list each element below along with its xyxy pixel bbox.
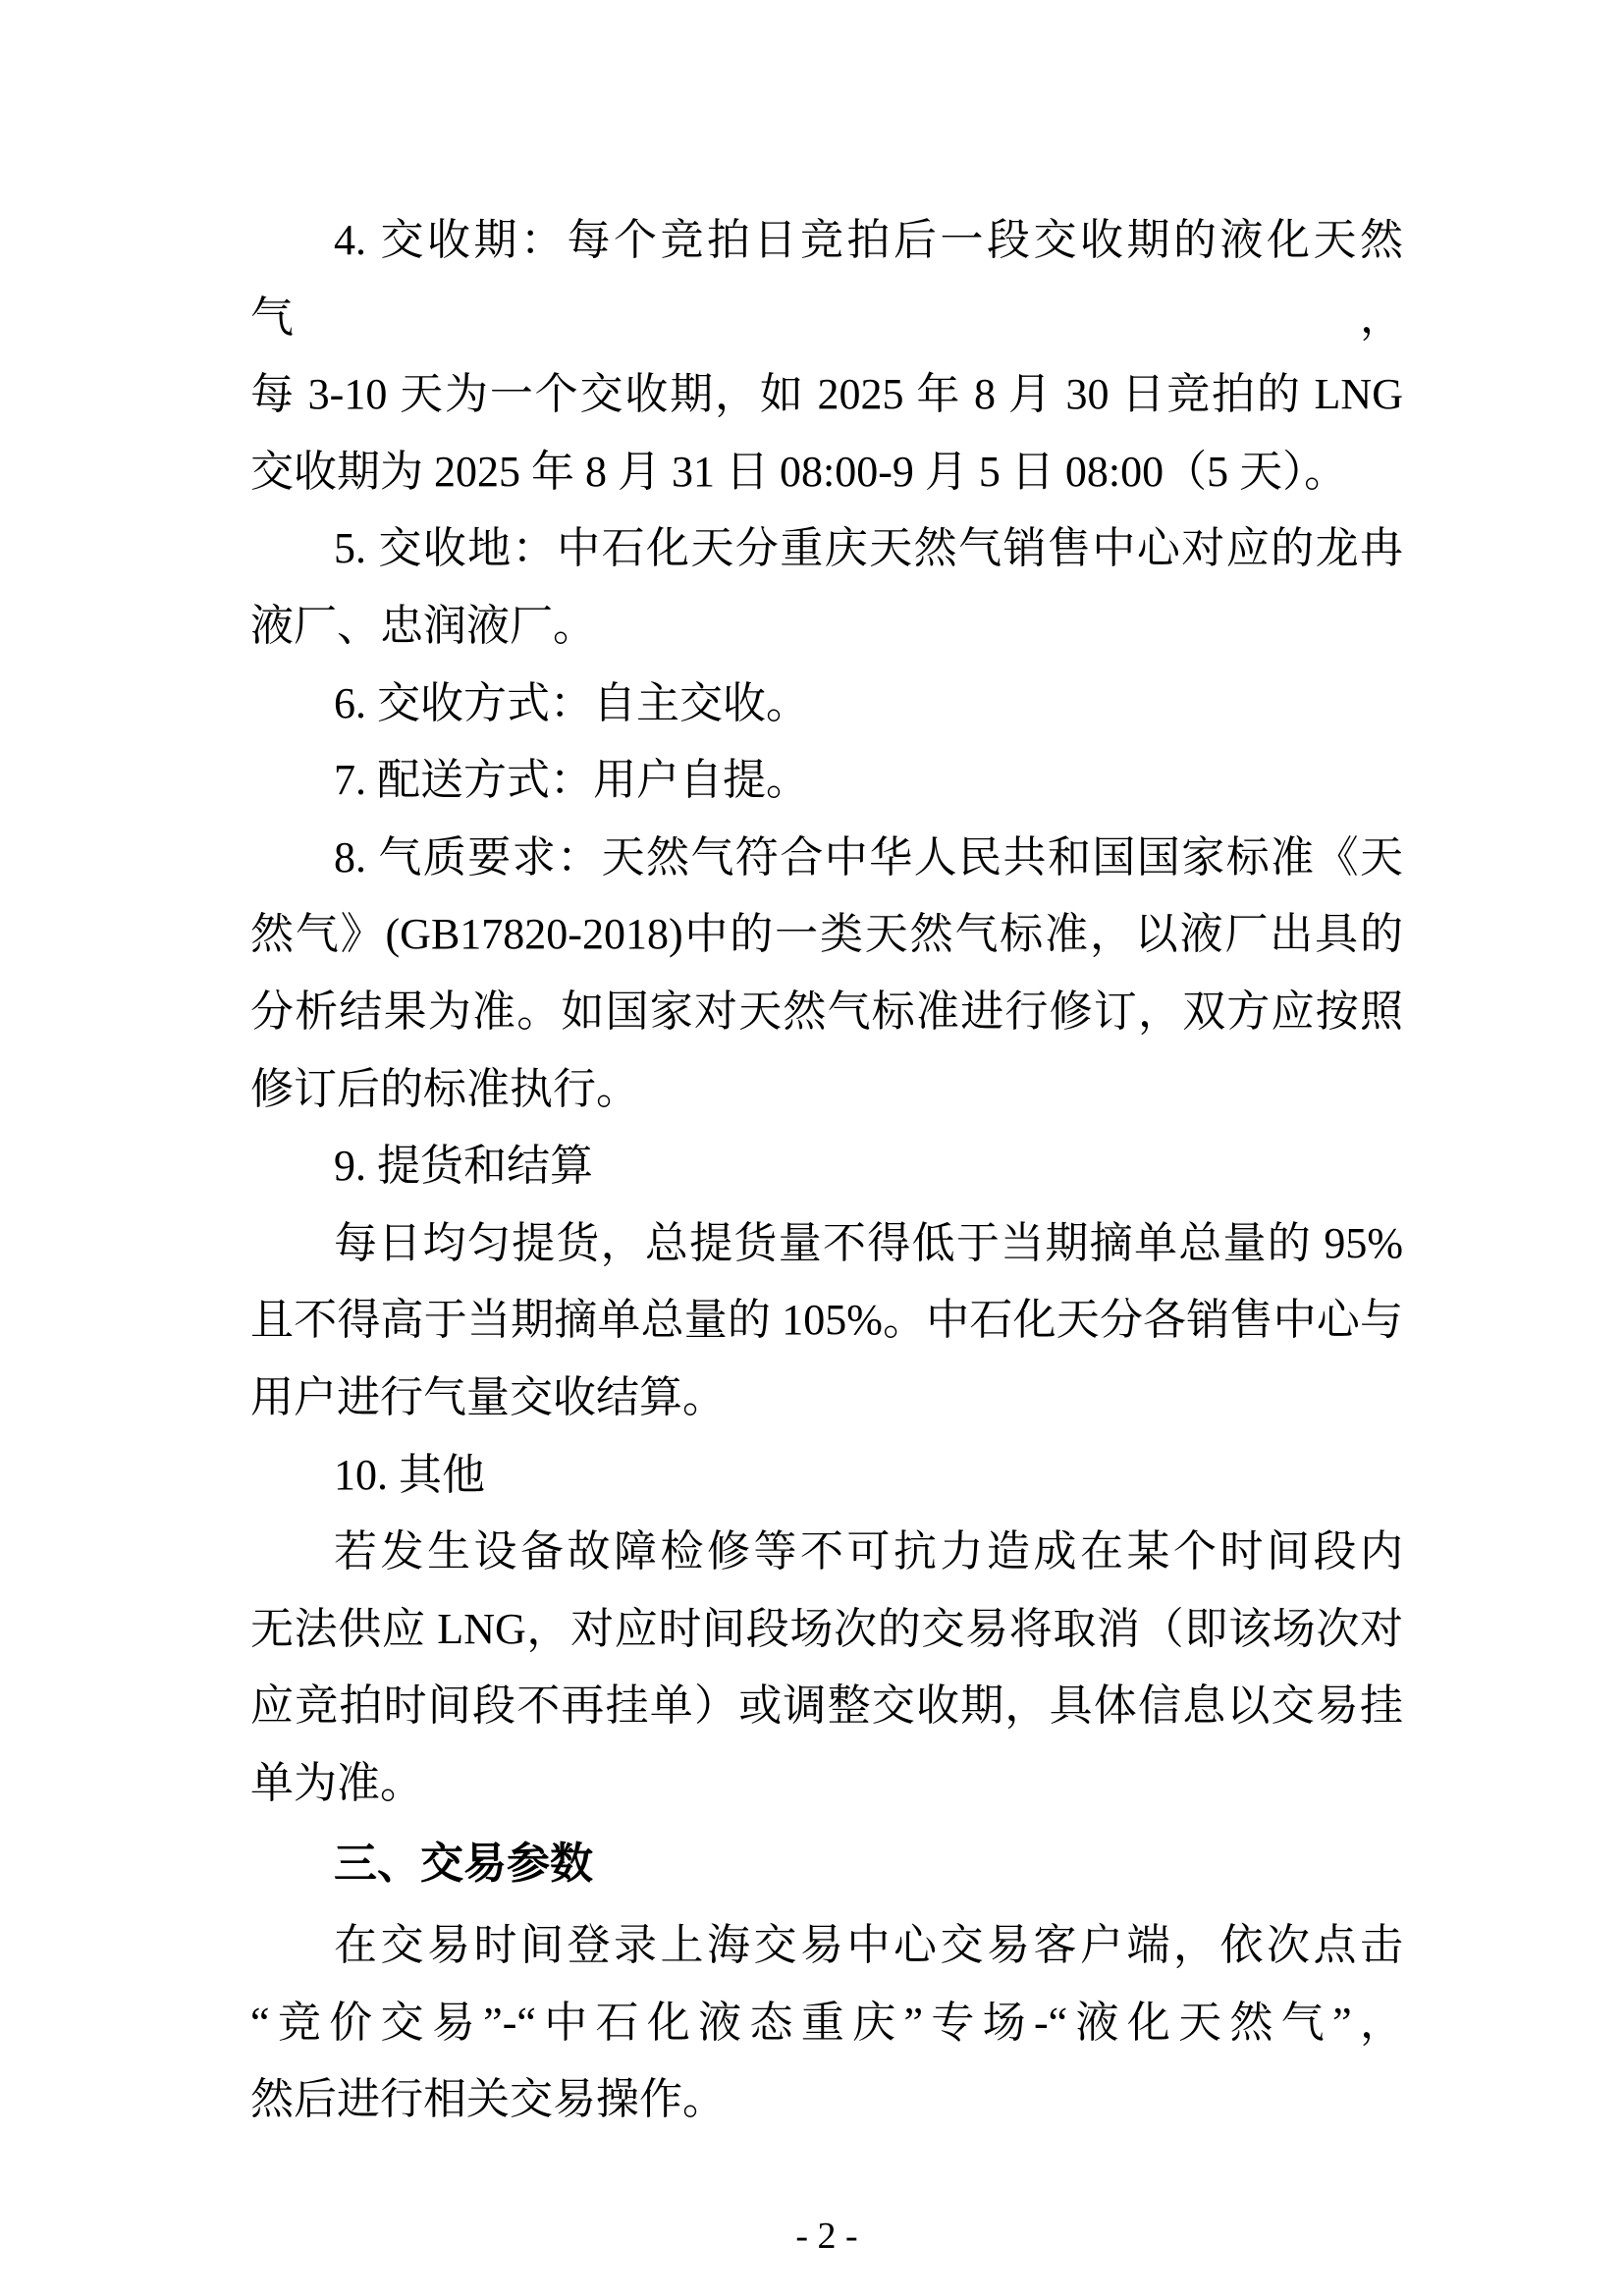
- text-line: 7. 配送方式：用户自提。: [250, 742, 1403, 820]
- text-line: 无法供应 LNG，对应时间段场次的交易将取消（即该场次对: [250, 1591, 1403, 1669]
- text-line: 在交易时间登录上海交易中心交易客户端，依次点击: [250, 1907, 1403, 1985]
- text-line: 5. 交收地：中石化天分重庆天然气销售中心对应的龙冉: [250, 510, 1403, 588]
- text-line: 用户进行气量交收结算。: [250, 1360, 1403, 1437]
- text-line: 液厂、忠润液厂。: [250, 588, 1403, 666]
- item10-title: 10. 其他: [250, 1437, 1403, 1515]
- text-line: 每 3-10 天为一个交收期，如 2025 年 8 月 30 日竞拍的 LNG: [250, 356, 1403, 434]
- text-line: 修订后的标准执行。: [250, 1051, 1403, 1129]
- text-line: 交收期为 2025 年 8 月 31 日 08:00-9 月 5 日 08:00…: [250, 434, 1403, 511]
- text-line: 8. 气质要求：天然气符合中华人民共和国国家标准《天: [250, 820, 1403, 897]
- item9-title: 9. 提货和结算: [250, 1128, 1403, 1205]
- text-line: 6. 交收方式：自主交收。: [250, 666, 1403, 743]
- text-line: 若发生设备故障检修等不可抗力造成在某个时间段内: [250, 1514, 1403, 1591]
- text-line: 然气》(GB17820-2018)中的一类天然气标准，以液厂出具的: [250, 896, 1403, 974]
- document-body: 4. 交收期：每个竞拍日竞拍后一段交收期的液化天然气， 每 3-10 天为一个交…: [0, 0, 1624, 2274]
- text-line: 每日均匀提货，总提货量不得低于当期摘单总量的 95%: [250, 1205, 1403, 1283]
- text-line: 且不得高于当期摘单总量的 105%。中石化天分各销售中心与: [250, 1282, 1403, 1360]
- text-line: 然后进行相关交易操作。: [250, 2061, 1403, 2139]
- text-line: “竞价交易”-“中石化液态重庆”专场-“液化天然气”，: [250, 1985, 1403, 2062]
- text-line: 单为准。: [250, 1745, 1403, 1823]
- text-line: 4. 交收期：每个竞拍日竞拍后一段交收期的液化天然气，: [250, 202, 1403, 356]
- document-page: 4. 交收期：每个竞拍日竞拍后一段交收期的液化天然气， 每 3-10 天为一个交…: [0, 0, 1624, 2296]
- text-line: 应竞拍时间段不再挂单）或调整交收期，具体信息以交易挂: [250, 1668, 1403, 1745]
- section-heading: 三、交易参数: [250, 1826, 1403, 1903]
- text-line: 分析结果为准。如国家对天然气标准进行修订，双方应按照: [250, 974, 1403, 1051]
- page-number: - 2 -: [250, 2198, 1403, 2275]
